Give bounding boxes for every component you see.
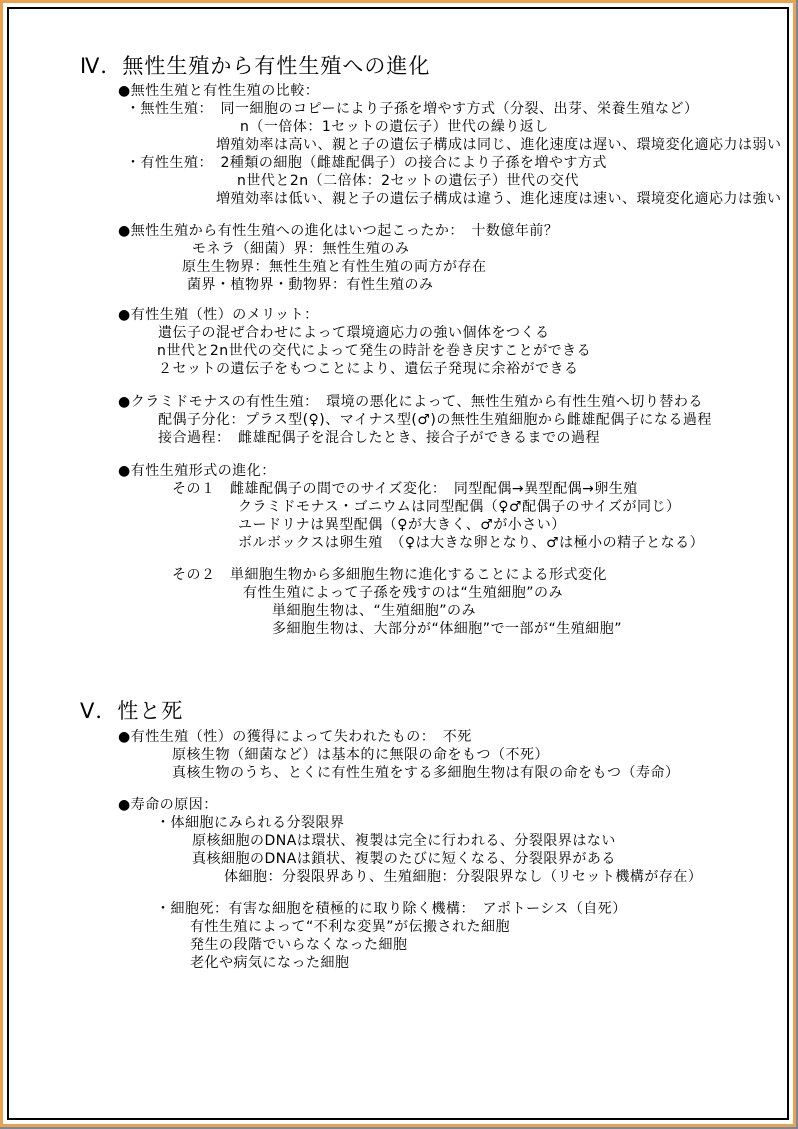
doc-line: 単細胞生物は、“生殖細胞”のみ	[272, 604, 476, 619]
doc-line: ・細胞死：有害な細胞を積極的に取り除く機構： アポトーシス（自死）	[156, 902, 627, 917]
doc-line: ●寿命の原因：	[118, 798, 218, 813]
doc-line: ・体細胞にみられる分裂限界	[156, 816, 345, 831]
document-content: Ⅳ．無性生殖から有性生殖への進化●無性生殖と有性生殖の比較：・無性生殖： 同一細…	[0, 0, 798, 1129]
doc-line: 原核生物（細菌など）は基本的に無限の命をもつ（不死）	[172, 748, 549, 763]
doc-line: 有性生殖によって“不利な変異”が伝搬された細胞	[190, 920, 510, 935]
doc-line: ●有性生殖（性）の獲得によって失われたもの： 不死	[118, 730, 472, 745]
doc-line: ●有性生殖（性）のメリット：	[118, 308, 319, 323]
doc-line: ●クラミドモナスの有性生殖： 環境の悪化によって、無性生殖から有性生殖へ切り替わ…	[118, 395, 703, 410]
doc-line: ・無性生殖： 同一細胞のコピーにより子孫を増やす方式（分裂、出芽、栄養生殖など）	[126, 102, 698, 117]
doc-line: ユードリナは異型配偶（♀が大きく、♂が小さい）	[238, 518, 566, 533]
doc-line: 原核細胞のDNAは環状、複製は完全に行われる、分裂限界はない	[192, 834, 616, 849]
doc-line: 増殖効率は低い、親と子の遺伝子構成は違う、進化速度は速い、環境変化適応力は強い	[216, 192, 782, 207]
doc-line: n（一倍体：1セットの遺伝子）世代の繰り返し	[240, 120, 549, 135]
doc-line: 真核生物のうち、とくに有性生殖をする多細胞生物は有限の命をもつ（寿命）	[172, 766, 680, 781]
doc-line: 体細胞：分裂限界あり、生殖細胞：分裂限界なし（リセット機構が存在）	[224, 870, 702, 885]
doc-line: 接合過程： 雌雄配偶子を混合したとき、接合子ができるまでの過程	[158, 431, 600, 446]
doc-line: ●有性生殖形式の進化：	[118, 464, 276, 479]
doc-line: ２セットの遺伝子をもつことにより、遺伝子発現に余裕ができる	[158, 362, 579, 377]
doc-line: モネラ（細菌）界：無性生殖のみ	[192, 242, 410, 257]
doc-line: 原生生物界：無性生殖と有性生殖の両方が存在	[182, 260, 487, 275]
doc-line: 遺伝子の混ぜ合わせによって環境適応力の強い個体をつくる	[158, 326, 550, 341]
doc-line: ●無性生殖と有性生殖の比較：	[118, 84, 319, 99]
doc-line: その１ 雌雄配偶子の間でのサイズ変化： 同型配偶→異型配偶→卵生殖	[172, 482, 638, 497]
doc-line: ●無性生殖から有性生殖への進化はいつ起こったか： 十数億年前？	[118, 224, 558, 239]
doc-line: 菌界・植物界・動物界：有性生殖のみ	[187, 278, 434, 293]
doc-line: ・有性生殖： 2種類の細胞（雌雄配偶子）の接合により子孫を増やす方式	[126, 156, 607, 171]
doc-line: 老化や病気になった細胞	[190, 956, 350, 971]
section-title: Ⅴ．性と死	[80, 700, 183, 722]
doc-line: ボルボックスは卵生殖 （♀は大きな卵となり、♂は極小の精子となる）	[238, 536, 704, 551]
doc-line: 配偶子分化：プラス型(♀)、マイナス型(♂)の無性生殖細胞から雌雄配偶子になる過…	[158, 413, 712, 428]
doc-line: その２ 単細胞生物から多細胞生物に進化することによる形式変化	[172, 568, 607, 583]
doc-line: 発生の段階でいらなくなった細胞	[190, 938, 408, 953]
section-title: Ⅳ．無性生殖から有性生殖への進化	[80, 55, 430, 77]
doc-line: 増殖効率は高い、親と子の遺伝子構成は同じ、進化速度は遅い、環境変化適応力は弱い	[216, 138, 782, 153]
doc-line: 多細胞生物は、大部分が“体細胞”で一部が“生殖細胞”	[272, 622, 622, 637]
page-canvas: Ⅳ．無性生殖から有性生殖への進化●無性生殖と有性生殖の比較：・無性生殖： 同一細…	[0, 0, 798, 1129]
doc-line: n世代と2n（二倍体：2セットの遺伝子）世代の交代	[237, 174, 579, 189]
doc-line: クラミドモナス・ゴニウムは同型配偶（♀♂配偶子のサイズが同じ）	[238, 500, 680, 515]
doc-line: n世代と2n世代の交代によって発生の時計を巻き戻すことができる	[157, 344, 591, 359]
doc-line: 有性生殖によって子孫を残すのは“生殖細胞”のみ	[243, 586, 563, 601]
doc-line: 真核細胞のDNAは鎖状、複製のたびに短くなる、分裂限界がある	[192, 852, 616, 867]
